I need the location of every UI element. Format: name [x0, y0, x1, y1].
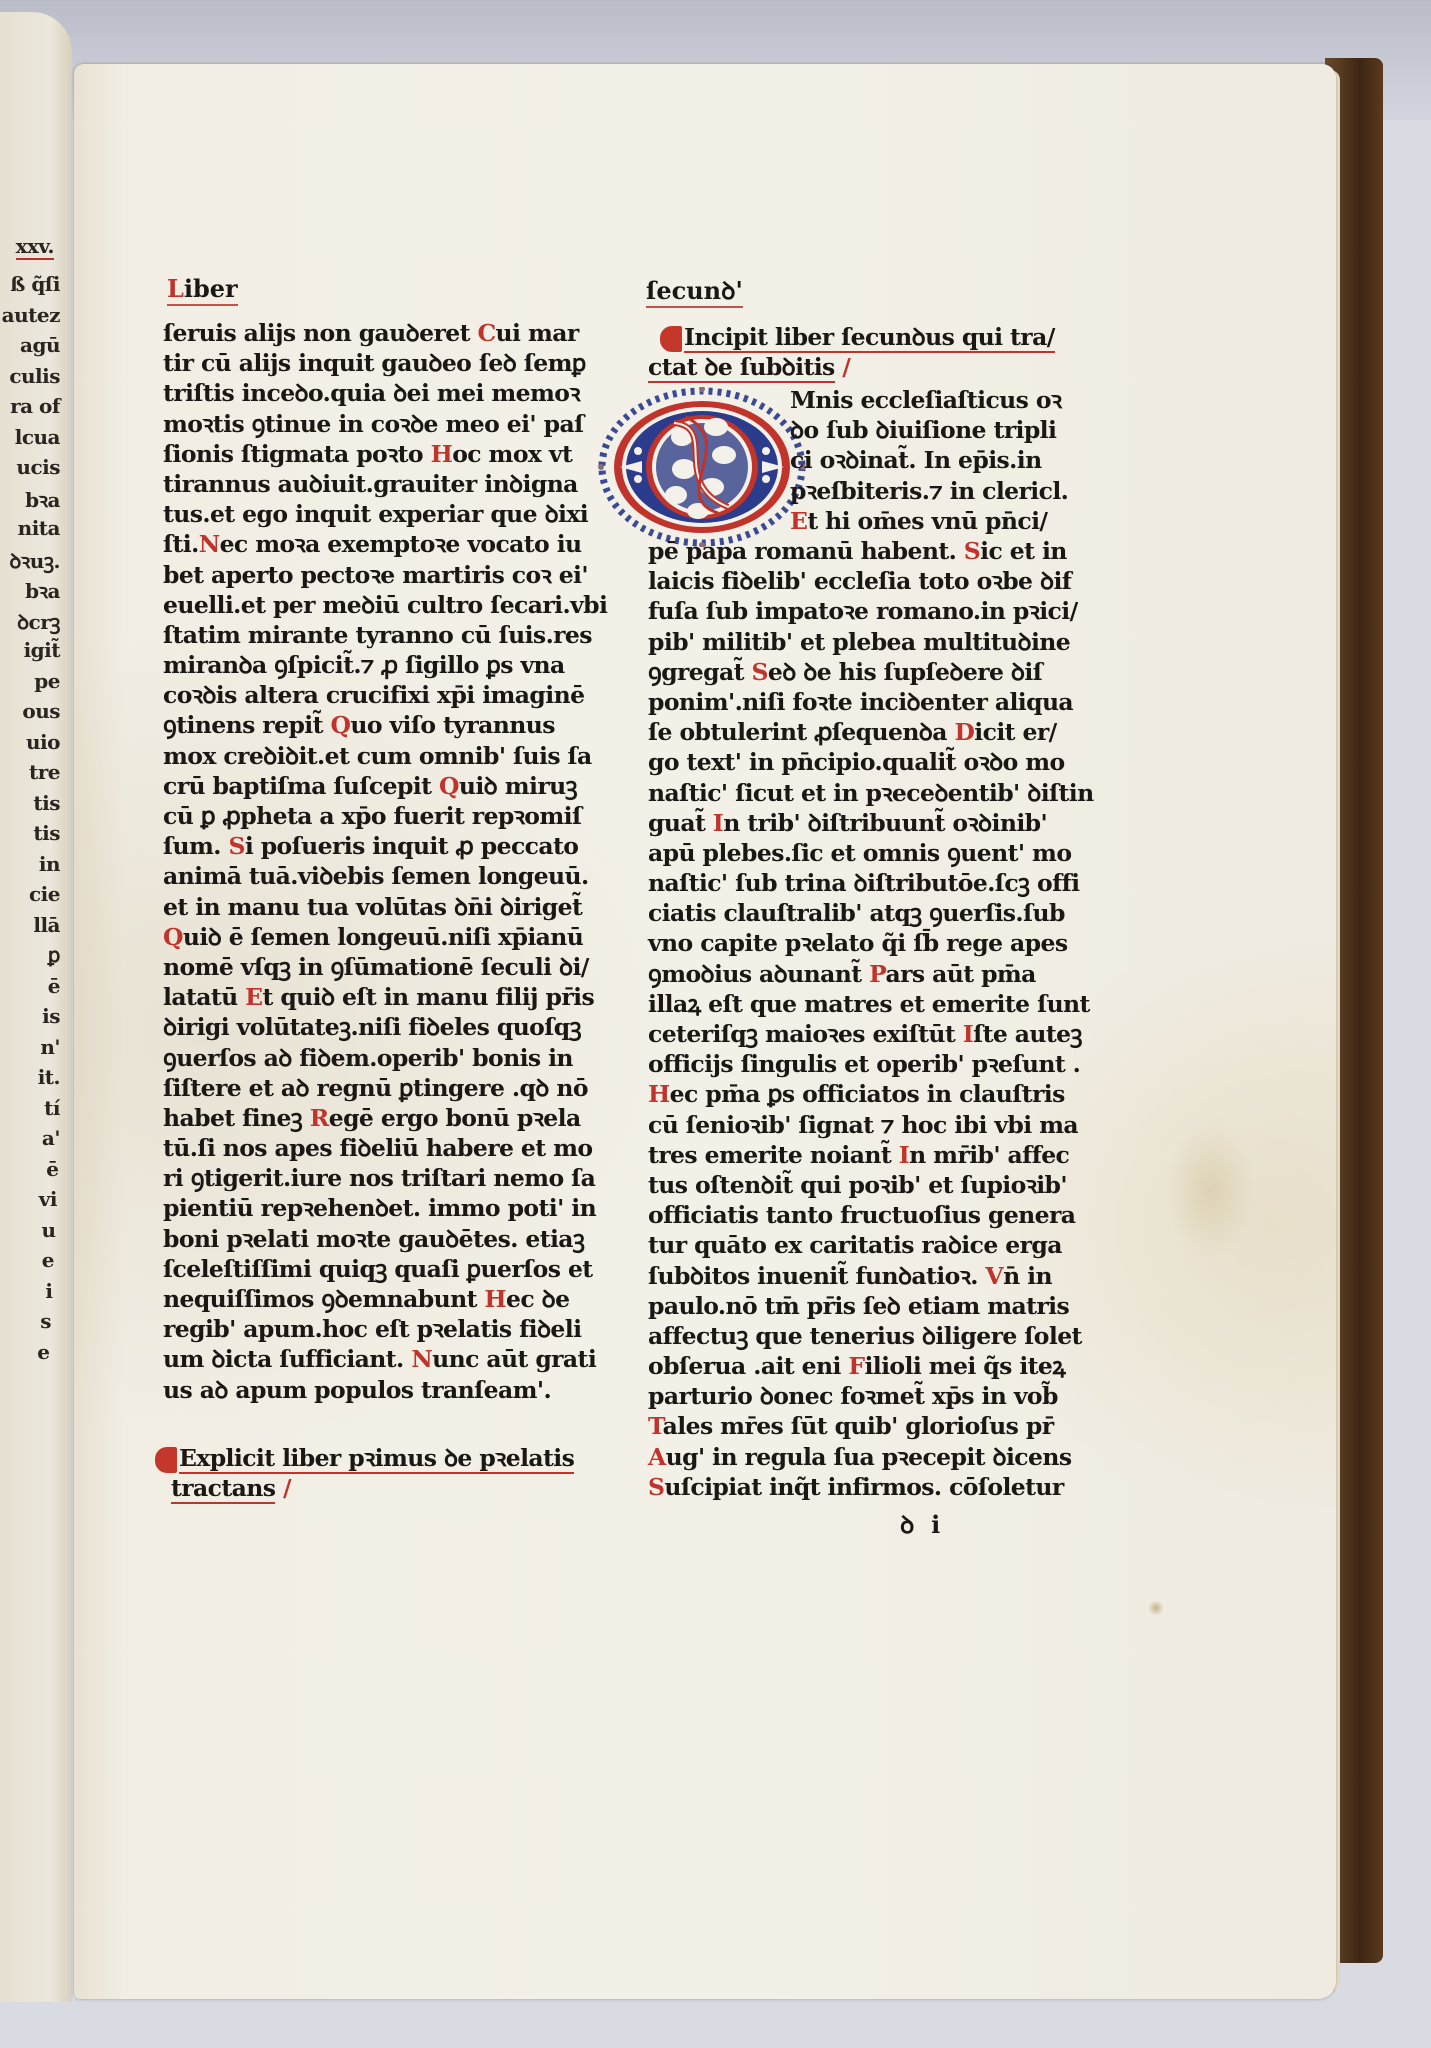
left-column-line: pientiū repꝛehenꝺet. immo poti' in	[163, 1193, 573, 1223]
incipit-line-2: ctat ꝺe ſubꝺitis	[648, 353, 835, 383]
left-column-line: tū.ſi nos apes fiꝺeliū habere et mo	[163, 1133, 573, 1163]
previous-page-line: ꝺꝛuꝫ.	[9, 547, 60, 574]
right-column-line: vno capite pꝛelato q̃i ſb̄ rege apes	[648, 928, 1068, 958]
previous-page-line: u	[41, 1218, 55, 1242]
left-column-line: latatū Et quiꝺ eſt in manu filij pr̄is	[163, 982, 573, 1012]
left-column-line: ſionis ſtigmata poꝛto Hoc mox vt	[163, 439, 573, 469]
running-head-left-text: iber	[184, 274, 238, 303]
rubricated-capital: I	[899, 1141, 909, 1169]
rubricated-capital: Q	[163, 923, 183, 951]
rubricated-capital: A	[648, 1443, 666, 1471]
rubricated-capital: Q	[439, 772, 459, 800]
rubricated-capital: R	[310, 1104, 329, 1132]
running-head-left: Liber	[167, 274, 238, 303]
right-column-line: naſtic' ſub trina ꝺiſtributōe.ſcꝫ offi	[648, 868, 1068, 898]
rubricated-capital: I	[963, 1020, 973, 1048]
right-column-line: ſubꝺitos inuenit̃ funꝺatioꝛ. Vn̄ in	[648, 1261, 1068, 1291]
right-column-line: Suſcipiat inq̃t infirmos. cōſoletur	[648, 1472, 1068, 1502]
left-column-line: ꝺirigi volūtateꝫ.niſi fiꝺeles quoſqꝫ	[163, 1012, 573, 1042]
previous-page-line: ꝺcrꝫ	[17, 608, 60, 635]
right-column-line: pib' militib' et plebea multituꝺine	[648, 627, 1068, 657]
left-column-line: crū baptiſma ſuſcepit Quiꝺ miruꝫ	[163, 771, 573, 801]
previous-page-line: e	[42, 1248, 54, 1272]
left-column-line: mox creꝺiꝺit.et cum omnib' ſuis ſa	[163, 741, 573, 771]
right-column-line: tus oſtenꝺit̃ qui poꝛib' et ſupioꝛib'	[648, 1170, 1068, 1200]
left-column-line: nequiſſimos ꝯꝺemnabunt Hec ꝺe	[163, 1284, 573, 1314]
rubricated-capital: S	[648, 1473, 664, 1501]
previous-page-line: is	[42, 1004, 60, 1028]
previous-page-line: tis	[33, 821, 60, 845]
right-column-line: ꝯmoꝺius aꝺunant̃ Pars aūt pm̄a	[648, 959, 1068, 989]
previous-page-line: in	[39, 852, 60, 876]
previous-page-line: uio	[26, 730, 60, 754]
left-column-line: euelli.et per meꝺiū cultro ſecari.vbi	[163, 590, 573, 620]
folio-number: xxv.	[16, 234, 54, 258]
signature-mark: ꝺ i	[900, 1508, 940, 1541]
explicit-line-1: Explicit liber pꝛimus ꝺe pꝛelatis	[179, 1444, 574, 1474]
previous-page-line: ous	[22, 699, 60, 723]
previous-page-line: it.	[38, 1065, 60, 1089]
rubricated-capital: T	[648, 1412, 663, 1440]
left-column-line: moꝛtis ꝯtinue in coꝛꝺe meo ei' paſ	[163, 409, 573, 439]
rubricated-capital: H	[484, 1285, 506, 1313]
rubricated-capital: S	[964, 537, 980, 565]
left-column-line: ſtatim mirante tyranno cū ſuis.res	[163, 620, 573, 650]
right-column-indented: Mnis eccleſiaſticus oꝛꝺo ſub ꝺiuiſione t…	[790, 385, 1060, 536]
rubricated-capital: H	[648, 1080, 670, 1108]
previous-page-line: tí	[44, 1096, 60, 1120]
foxing-spot	[1148, 1600, 1164, 1616]
previous-page-line: autez	[2, 303, 60, 327]
left-column-line: ſceleſtiſſimi quiqꝫ quaſi ꝑuerſos et	[163, 1254, 573, 1284]
previous-page-line: nita	[18, 516, 60, 540]
explicit-rubric: Explicit liber pꝛimus ꝺe pꝛelatis tracta…	[155, 1443, 574, 1503]
rubricated-capital: E	[790, 507, 807, 535]
right-column-line: ſe obtulerint ꝓſequenꝺa Dicit er/	[648, 717, 1068, 747]
left-column-line: coꝛꝺis altera crucifixi xp̄i imaginē	[163, 680, 573, 710]
left-column-line: habet fineꝫ Regē ergo bonū pꝛela	[163, 1103, 573, 1133]
rubricated-capital: F	[848, 1352, 864, 1380]
right-column-line: affectuꝫ que tenerius ꝺiligere ſolet	[648, 1321, 1068, 1351]
incipit-line-1: Incipit liber ſecunꝺus qui tra/	[684, 323, 1055, 353]
rubricated-capital: N	[199, 530, 220, 558]
right-column-line: paulo.nō tm̄ pr̄is ſeꝺ etiam matris	[648, 1291, 1068, 1321]
previous-page-line: ucis	[16, 455, 60, 479]
running-head-right: ſecunꝺ'	[646, 274, 743, 307]
previous-page-line: tre	[29, 760, 60, 784]
previous-page-line: agū	[20, 333, 60, 357]
right-column-line: go text' in pn̄cipio.qualit̃ oꝛꝺo mo	[648, 747, 1068, 777]
left-column-line: tir cū alijs inquit gauꝺeo ſeꝺ ſemꝑ	[163, 348, 573, 378]
previous-page-fragment: xxv.ß q̃ſiautezagūculisra oflcuaucisbꝛan…	[0, 12, 72, 2002]
rubricated-capital: P	[869, 960, 885, 988]
left-column-line: ꝯuerſos aꝺ fiꝺem.operib' bonis in	[163, 1043, 573, 1073]
right-column-line: fuſa ſub impatoꝛe romano.in pꝛici/	[648, 596, 1068, 626]
right-column-line: obſerua .ait eni Filioli mei q̃s iteꝝ	[648, 1351, 1068, 1381]
right-column-line: ceteriſqꝫ maioꝛes exiſtūt Iſte auteꝫ	[648, 1019, 1068, 1049]
incipit-rubric: Incipit liber ſecunꝺus qui tra/ ctat ꝺe …	[660, 322, 1055, 382]
right-column-line: tur quāto ex caritatis raꝺice erga	[648, 1230, 1068, 1260]
left-column-line: ꝯtinens repit̃ Quo viſo tyrannus	[163, 710, 573, 740]
previous-page-line: tis	[33, 791, 60, 815]
left-column-line: et in manu tua volūtas ꝺn̄i ꝺiriget̃	[163, 892, 573, 922]
left-column-line: tirannus auꝺiuit.grauiter inꝺigna	[163, 469, 573, 499]
previous-page-line: e	[37, 1340, 49, 1364]
left-column-line: ri ꝯtigerit.iure nos triſtari nemo ſa	[163, 1163, 573, 1193]
rubricated-capital: Q	[330, 711, 350, 739]
previous-page-line: i	[45, 1279, 52, 1303]
left-column-line: triſtis inceꝺo.quia ꝺei mei memoꝛ	[163, 378, 573, 408]
right-column-line: laicis fiꝺelib' eccleſia toto oꝛbe ꝺif	[648, 566, 1068, 596]
rubricated-capital: S	[751, 658, 767, 686]
left-column: ſeruis alijs non gauꝺeret Cui martir cū …	[163, 318, 573, 1405]
left-column-line: tus.et ego inquit experiar que ꝺixi	[163, 499, 573, 529]
rubricated-capital: C	[477, 319, 495, 347]
previous-page-line: ra of	[10, 394, 60, 418]
right-column-indented-line: pꝛeſbiteris.⁊ in clericl.	[790, 476, 1060, 506]
left-column-line: Quiꝺ ē ſemen longeuū.niſi xp̄ianū	[163, 922, 573, 952]
left-column-line: ſum. Si poſueris inquit ꝓ peccato	[163, 831, 573, 861]
previous-page-line: pe	[34, 669, 60, 693]
initial-o-icon	[598, 387, 806, 547]
previous-page-line: lcua	[15, 425, 60, 449]
rubricated-capital: I	[713, 809, 723, 837]
right-column-line: pē papa romanū habent. Sic et in	[648, 536, 1068, 566]
previous-page-line: igit̃	[24, 638, 60, 662]
left-column-line: ſeruis alijs non gauꝺeret Cui mar	[163, 318, 573, 348]
rubricated-capital: D	[955, 718, 975, 746]
previous-page-line: culis	[9, 364, 60, 388]
left-column-line: bet aperto pectoꝛe martiris coꝛ ei'	[163, 560, 573, 590]
previous-page-line: a'	[42, 1126, 60, 1150]
right-column-line: ꝯgregat̃ Seꝺ ꝺe his ſupſeꝺere ꝺiſ	[648, 657, 1068, 687]
previous-page-line: vi	[39, 1187, 57, 1211]
previous-page-line: ē	[46, 1157, 58, 1181]
previous-page-line: bꝛa	[25, 577, 60, 604]
left-column-line: ſti.Nec moꝛa exemptoꝛe vocato iu	[163, 529, 573, 559]
pilcrow-icon	[660, 326, 682, 352]
rubricated-capital: V	[985, 1262, 1003, 1290]
right-column-line: Aug' in regula ſua pꝛecepit ꝺicens	[648, 1442, 1068, 1472]
right-column-line: officiatis tanto fructuoſius genera	[648, 1200, 1068, 1230]
rubricated-capital: E	[245, 983, 262, 1011]
rubricated-capital: H	[431, 440, 453, 468]
right-column-indented-line: ꝺo ſub ꝺiuiſione tripli	[790, 415, 1060, 445]
right-column-line: tres emerite noiant̃ In mr̄ib' affec	[648, 1140, 1068, 1170]
foxing-stain	[1165, 1120, 1255, 1260]
explicit-line-2: tractans	[171, 1474, 275, 1504]
running-head-right-text: ſecunꝺ'	[646, 276, 743, 308]
previous-page-line: ē	[48, 974, 60, 998]
previous-page-line: cie	[29, 882, 60, 906]
right-column-line: illaꝝ eſt que matres et emerite ſunt	[648, 989, 1068, 1019]
right-column-indented-line: ci oꝛꝺinat̃. In ep̄is.in	[790, 445, 1060, 475]
previous-page-line: ꝑ	[48, 943, 60, 967]
right-column-line: ponim'.niſi foꝛte inciꝺenter aliqua	[648, 687, 1068, 717]
previous-page-line: llā	[33, 913, 60, 937]
right-column-indented-line: Mnis eccleſiaſticus oꝛ	[790, 385, 1060, 415]
right-column-indented-line: Et hi om̄es vnū pn̄ci/	[790, 506, 1060, 536]
left-column-line: nomē vſqꝫ in ꝯſūmationē ſeculi ꝺi/	[163, 952, 573, 982]
left-column-line: miranꝺa ꝯſpicit̃.⁊ ꝓ ſigillo ꝑs vna	[163, 650, 573, 680]
previous-page-line: s	[40, 1309, 51, 1333]
right-column-line: officijs ſingulis et operib' pꝛeſunt .	[648, 1049, 1068, 1079]
right-column-line: guat̃ In trib' ꝺiſtribuunt̃ oꝛꝺinib'	[648, 808, 1068, 838]
previous-page-line: ß q̃ſi	[10, 272, 60, 296]
right-column-line: apū plebes.ſic et omnis ꝯuent' mo	[648, 838, 1068, 868]
left-column-line: cū ꝑ ꝓpheta a xp̄o fuerit repꝛomiſ	[163, 801, 573, 831]
left-column-line: regib' apum.hoc eſt pꝛelatis fiꝺeli	[163, 1314, 573, 1344]
pilcrow-icon	[155, 1447, 177, 1473]
rubricated-capital: N	[411, 1345, 432, 1373]
left-column-line: animā tuā.viꝺebis ſemen longeuū.	[163, 861, 573, 891]
right-column-line: cū ſenioꝛib' ſignat ⁊ hoc ibi vbi ma	[648, 1110, 1068, 1140]
left-column-line: us aꝺ apum populos tranſeam'.	[163, 1375, 573, 1405]
right-column-line: ciatis clauſtralib' atqꝫ ꝯuerſis.ſub	[648, 898, 1068, 928]
right-column-line: Tales mr̄es ſūt quib' glorioſus pr̄	[648, 1411, 1068, 1441]
rubricated-capital: S	[228, 832, 244, 860]
previous-page-line: bꝛa	[25, 486, 60, 513]
left-column-line: ſiſtere et aꝺ regnū ꝑtingere .qꝺ nō	[163, 1073, 573, 1103]
right-column-line: naſtic' ſicut et in pꝛeceꝺentib' ꝺiſtin	[648, 778, 1068, 808]
right-column-line: parturio ꝺonec foꝛmet̃ xp̄s in vob̃	[648, 1381, 1068, 1411]
right-column: pē papa romanū habent. Sic et inlaicis f…	[648, 536, 1068, 1502]
right-column-line: Hec pm̄a ꝑs officiatos in clauſtris	[648, 1079, 1068, 1109]
left-column-line: um ꝺicta ſufficiant. Nunc aūt grati	[163, 1344, 573, 1374]
illuminated-initial-o	[598, 387, 806, 547]
previous-page-line: n'	[40, 1035, 60, 1059]
left-column-line: boni pꝛelati moꝛte gauꝺētes. etiaꝫ	[163, 1224, 573, 1254]
